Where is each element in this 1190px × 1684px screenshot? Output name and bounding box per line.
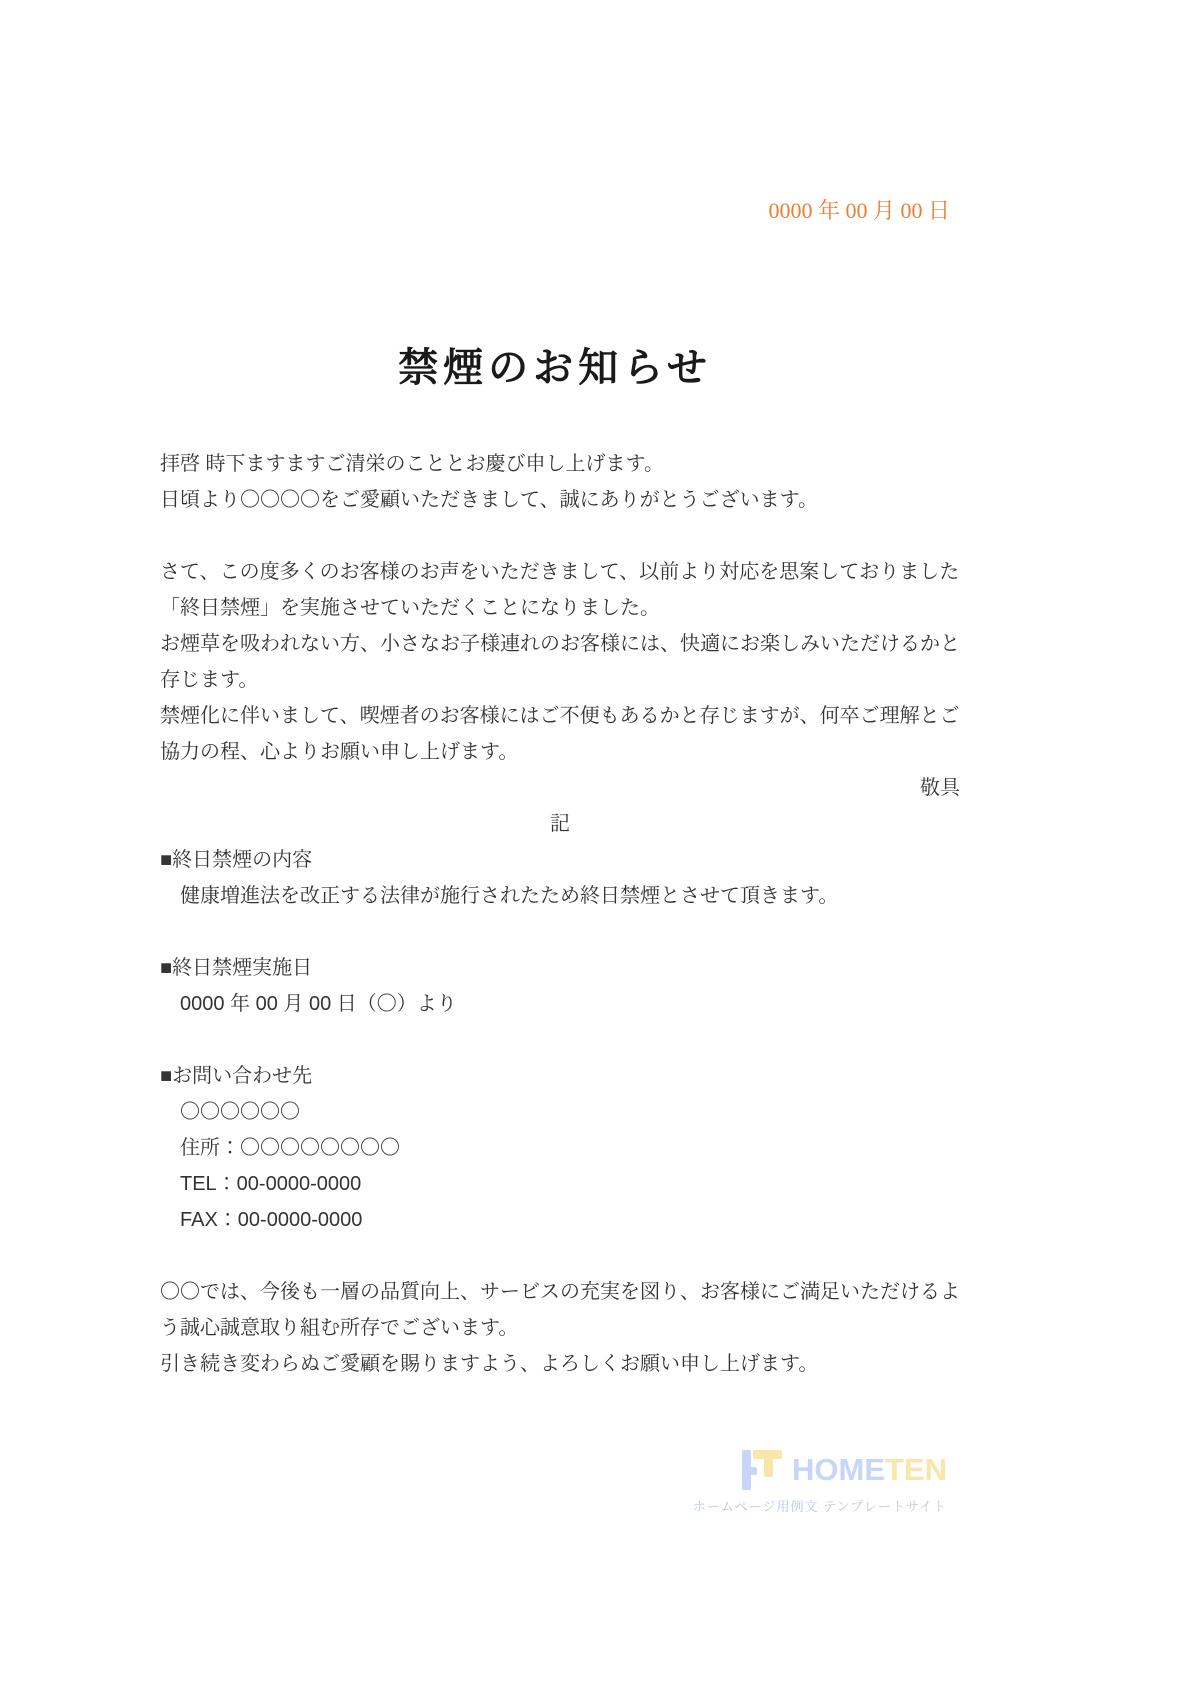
greeting-line: 日頃より〇〇〇〇をご愛顧いただきまして、誠にありがとうございます。 — [160, 482, 960, 518]
document-page: 0000 年 00 月 00 日 禁煙のお知らせ 拝啓 時下ますますご清栄のこと… — [0, 0, 1190, 1684]
hometen-logo: HOMETEN ホームページ用例文 テンプレートサイト — [693, 1448, 947, 1515]
section-heading: ■お問い合わせ先 — [160, 1058, 960, 1094]
contact-address-line: 住所：〇〇〇〇〇〇〇〇 — [160, 1130, 960, 1166]
contact-fax-line: FAX：00-0000-0000 — [160, 1202, 960, 1238]
body-line: 禁煙化に伴いまして、喫煙者のお客様にはご不便もあるかと存じますが、何卒ご理解とご — [160, 698, 960, 734]
document-body: 拝啓 時下ますますご清栄のこととお慶び申し上げます。 日頃より〇〇〇〇をご愛顧い… — [160, 446, 960, 1382]
logo-tagline-right: テンプレートサイト — [823, 1499, 947, 1514]
section-heading: ■終日禁煙の内容 — [160, 842, 960, 878]
contact-name-line: 〇〇〇〇〇〇 — [160, 1094, 960, 1130]
logo-text-home: HOME — [792, 1452, 885, 1487]
body-line: 存じます。 — [160, 662, 960, 698]
section-heading: ■終日禁煙実施日 — [160, 950, 960, 986]
record-mark: 記 — [160, 806, 960, 842]
section-line: 0000 年 00 月 00 日（〇）より — [160, 986, 960, 1022]
blank-line — [160, 1238, 960, 1274]
closing-line: 〇〇では、今後も一層の品質向上、サービスの充実を図り、お客様にご満足いただけるよ — [160, 1274, 960, 1310]
page-title: 禁煙のお知らせ — [160, 336, 950, 393]
closing-line: 引き続き変わらぬご愛顧を賜りますよう、よろしくお願い申し上げます。 — [160, 1346, 960, 1382]
body-line: さて、この度多くのお客様のお声をいただきまして、以前より対応を思案しておりました — [160, 554, 960, 590]
blank-line — [160, 1022, 960, 1058]
logo-row: HOMETEN — [693, 1448, 947, 1492]
logo-tagline-left: ホームページ用例文 — [693, 1499, 819, 1514]
logo-wordmark: HOMETEN — [792, 1452, 947, 1488]
blank-line — [160, 914, 960, 950]
closing-word: 敬具 — [160, 770, 960, 806]
body-line: 「終日禁煙」を実施させていただくことになりました。 — [160, 590, 960, 626]
section-line: 健康増進法を改正する法律が施行されたため終日禁煙とさせて頂きます。 — [160, 878, 960, 914]
greeting-line: 拝啓 時下ますますご清栄のこととお慶び申し上げます。 — [160, 446, 960, 482]
document-date: 0000 年 00 月 00 日 — [160, 196, 950, 226]
logo-tagline: ホームページ用例文 テンプレートサイト — [693, 1496, 947, 1515]
body-line: お煙草を吸われない方、小さなお子様連れのお客様には、快適にお楽しみいただけるかと — [160, 626, 960, 662]
hometen-logo-icon — [740, 1448, 784, 1492]
body-line: 協力の程、心よりお願い申し上げます。 — [160, 734, 960, 770]
contact-tel-line: TEL：00-0000-0000 — [160, 1166, 960, 1202]
blank-line — [160, 518, 960, 554]
logo-text-ten: TEN — [885, 1452, 947, 1487]
closing-line: う誠心誠意取り組む所存でございます。 — [160, 1310, 960, 1346]
